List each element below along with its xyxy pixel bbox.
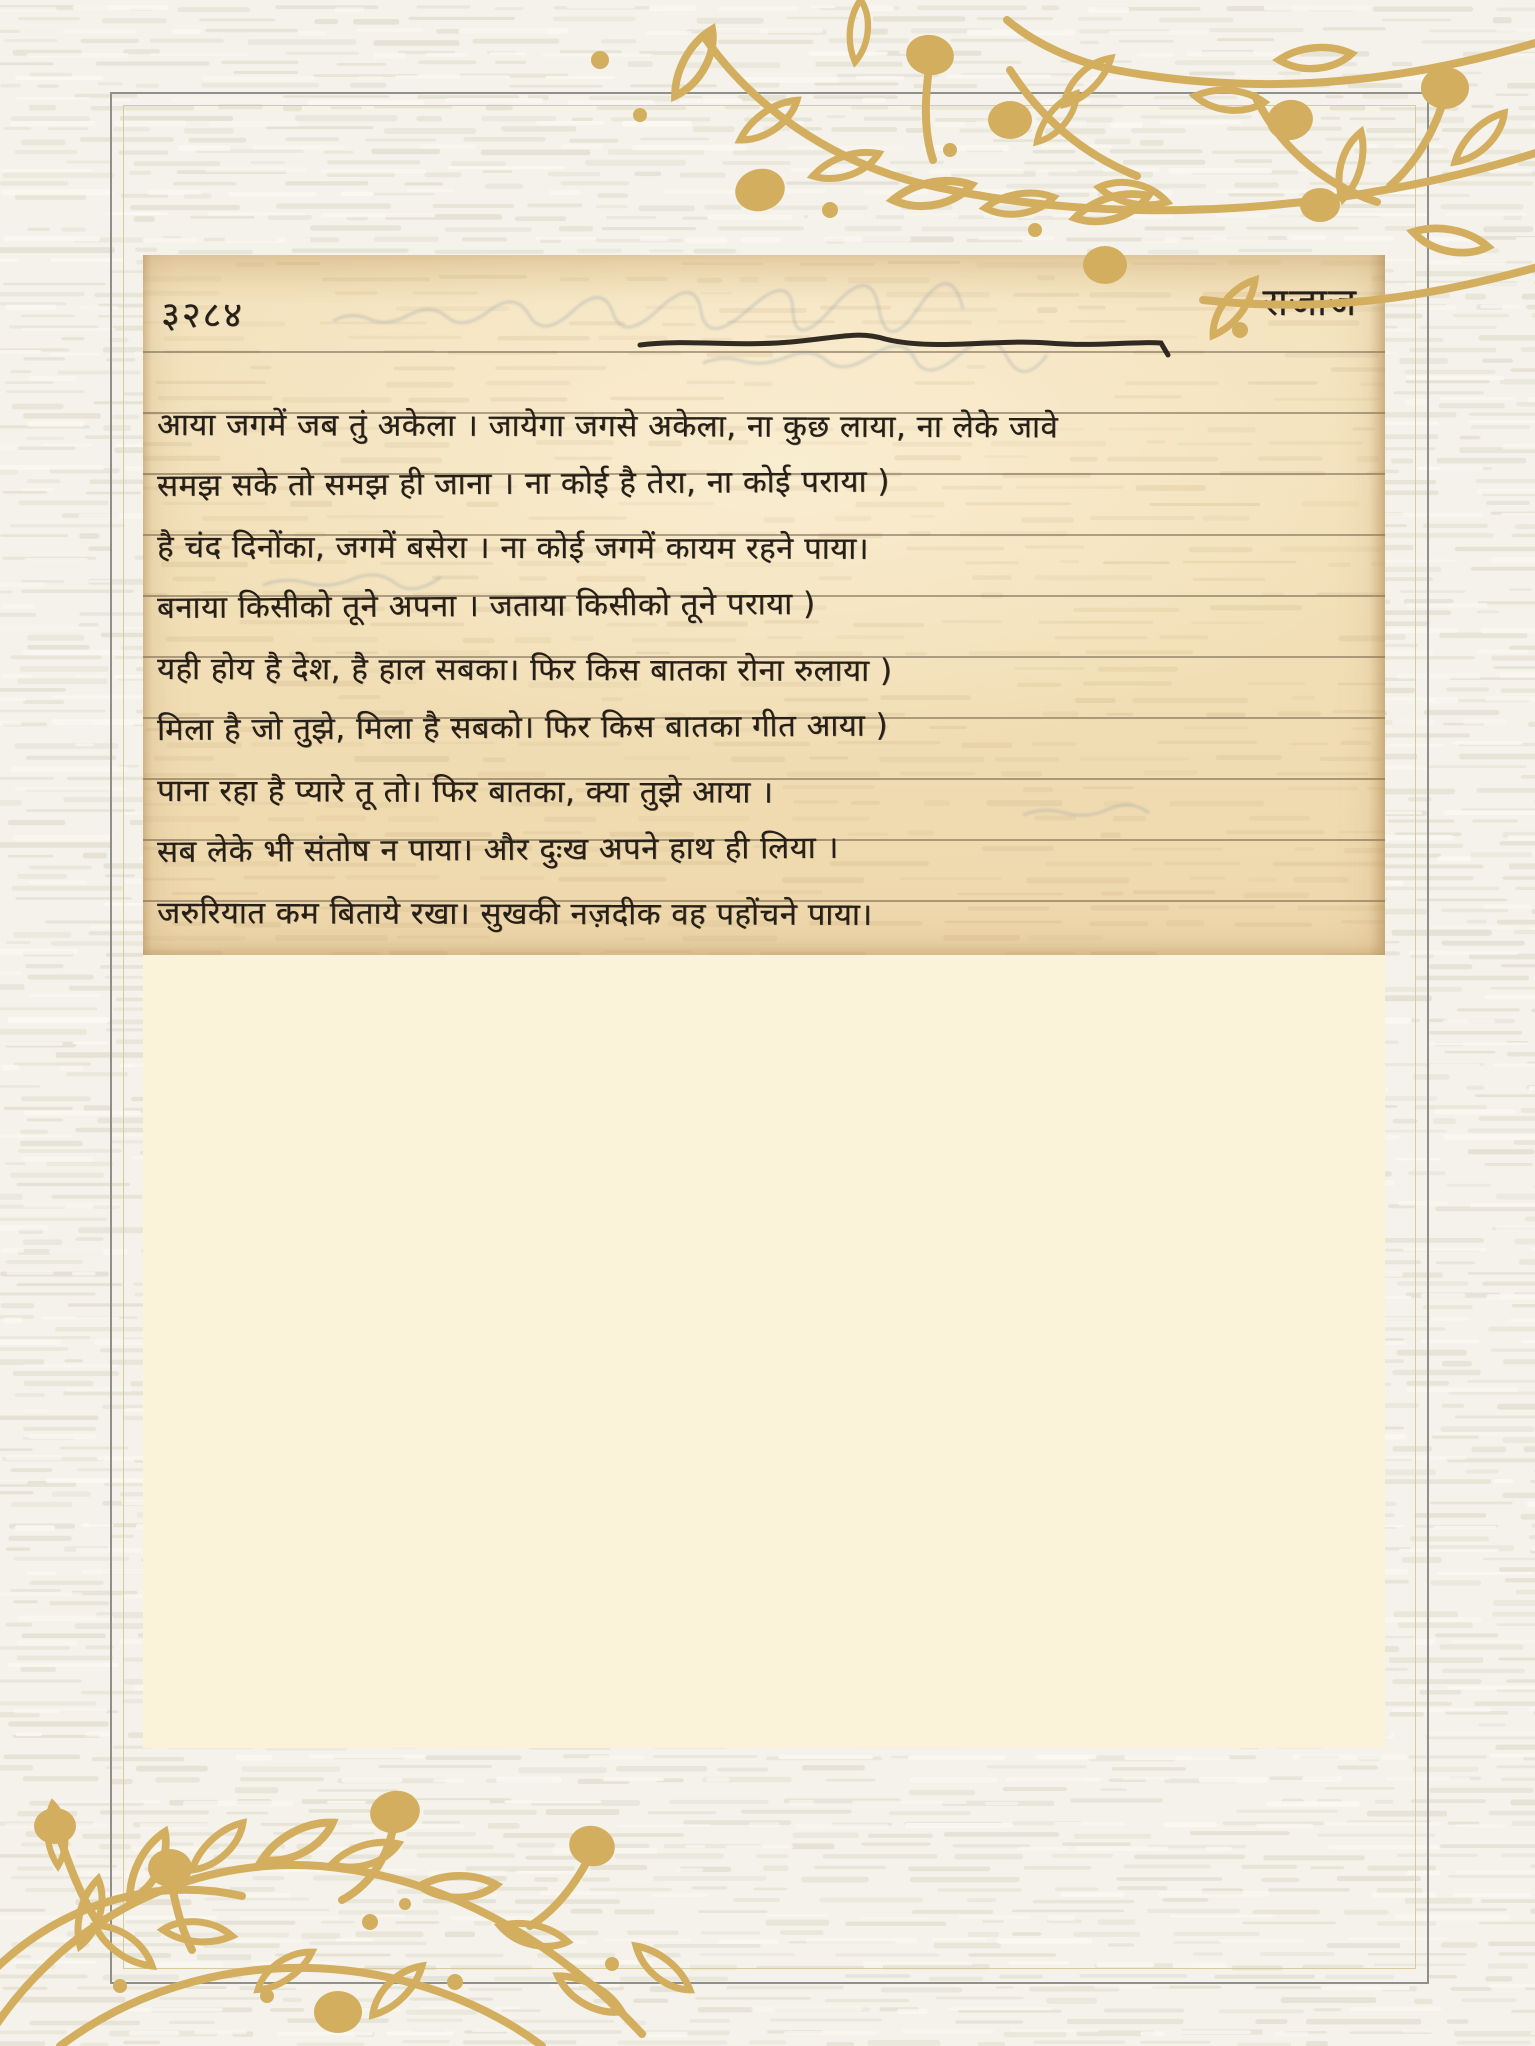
handwritten-line: समझ सके तो समझ ही जाना । ना कोई है तेरा,… bbox=[157, 457, 1382, 516]
paper-edge-shadow-right bbox=[1369, 255, 1385, 955]
gold-branch-decoration-top-right-icon bbox=[555, 0, 1535, 350]
handwritten-line: आया जगमें जब तुं अकेला । जायेगा जगसे अके… bbox=[157, 403, 1382, 458]
handwritten-line: सब लेके भी संतोष न पाया। और दुःख अपने हा… bbox=[157, 823, 1382, 882]
handwritten-line: जरुरियात कम बिताये रखा। सुखकी नज़दीक वह … bbox=[157, 891, 1382, 946]
page-number: ३२८४ bbox=[161, 289, 244, 338]
handwritten-line: है चंद दिनोंका, जगमें बसेरा । ना कोई जगम… bbox=[157, 525, 1382, 580]
handwritten-line: पाना रहा है प्यारे तू तो। फिर बातका, क्य… bbox=[157, 769, 1382, 824]
handwritten-line: यही होय है देश, है हाल सबका। फिर किस बात… bbox=[157, 647, 1382, 702]
paper-edge-shadow-left bbox=[143, 255, 152, 955]
handwritten-line: बनाया किसीको तूने अपना । जताया किसीको तू… bbox=[157, 579, 1382, 638]
scanned-handwritten-page: ३२८४ राजाज आया जगमें जब तुं अकेला । जाये… bbox=[143, 255, 1385, 955]
document-panel: ३२८४ राजाज आया जगमें जब तुं अकेला । जाये… bbox=[143, 255, 1385, 1748]
stationery-page: ३२८४ राजाज आया जगमें जब तुं अकेला । जाये… bbox=[0, 0, 1535, 2046]
handwritten-line: मिला है जो तुझे, मिला है सबको। फिर किस ब… bbox=[157, 701, 1382, 760]
gold-branch-decoration-bottom-left-icon bbox=[0, 1734, 770, 2046]
